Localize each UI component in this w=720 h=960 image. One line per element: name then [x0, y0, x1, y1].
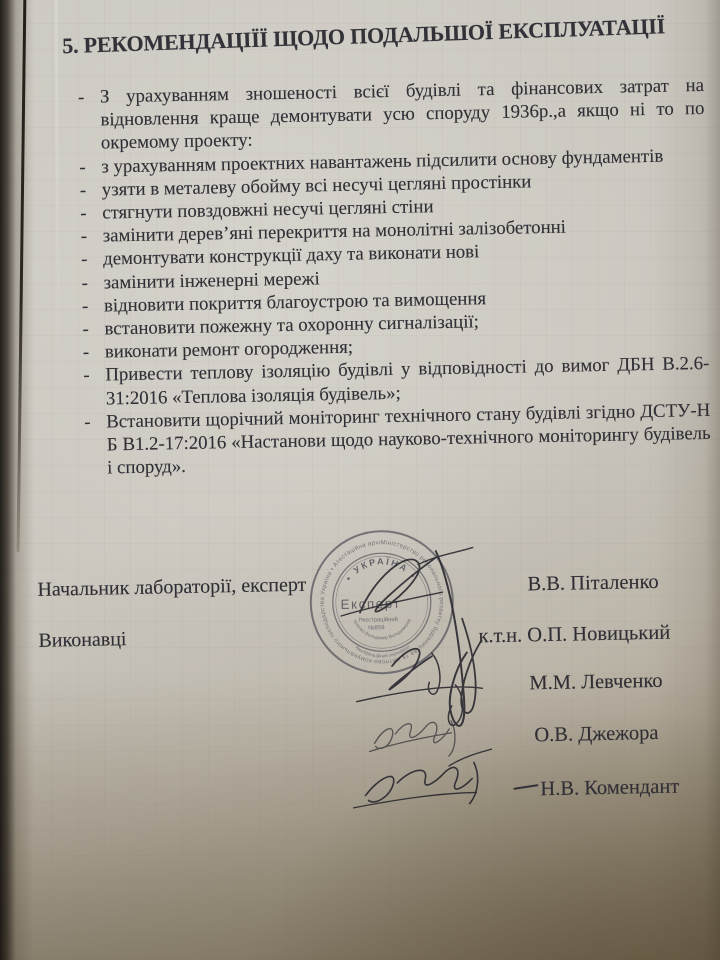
signatory-name: В.В. Піталенко — [527, 571, 659, 597]
signatory-name: к.т.н. О.П. Новицький — [478, 622, 670, 649]
signatory-name: О.В. Джежора — [534, 722, 659, 747]
signatory-name: М.М. Левченко — [529, 670, 663, 696]
document-photo: 5. РЕКОМЕНДАЦІЇЇ ЩОДО ПОДАЛЬШОЇ ЕКСПЛУАТ… — [0, 0, 720, 960]
signatory-role-label: Виконавці — [38, 628, 126, 653]
signature-ink — [0, 0, 720, 960]
signatory-name: Н.В. Комендант — [540, 776, 679, 802]
document-page: 5. РЕКОМЕНДАЦІЇЇ ЩОДО ПОДАЛЬШОЇ ЕКСПЛУАТ… — [0, 0, 720, 960]
